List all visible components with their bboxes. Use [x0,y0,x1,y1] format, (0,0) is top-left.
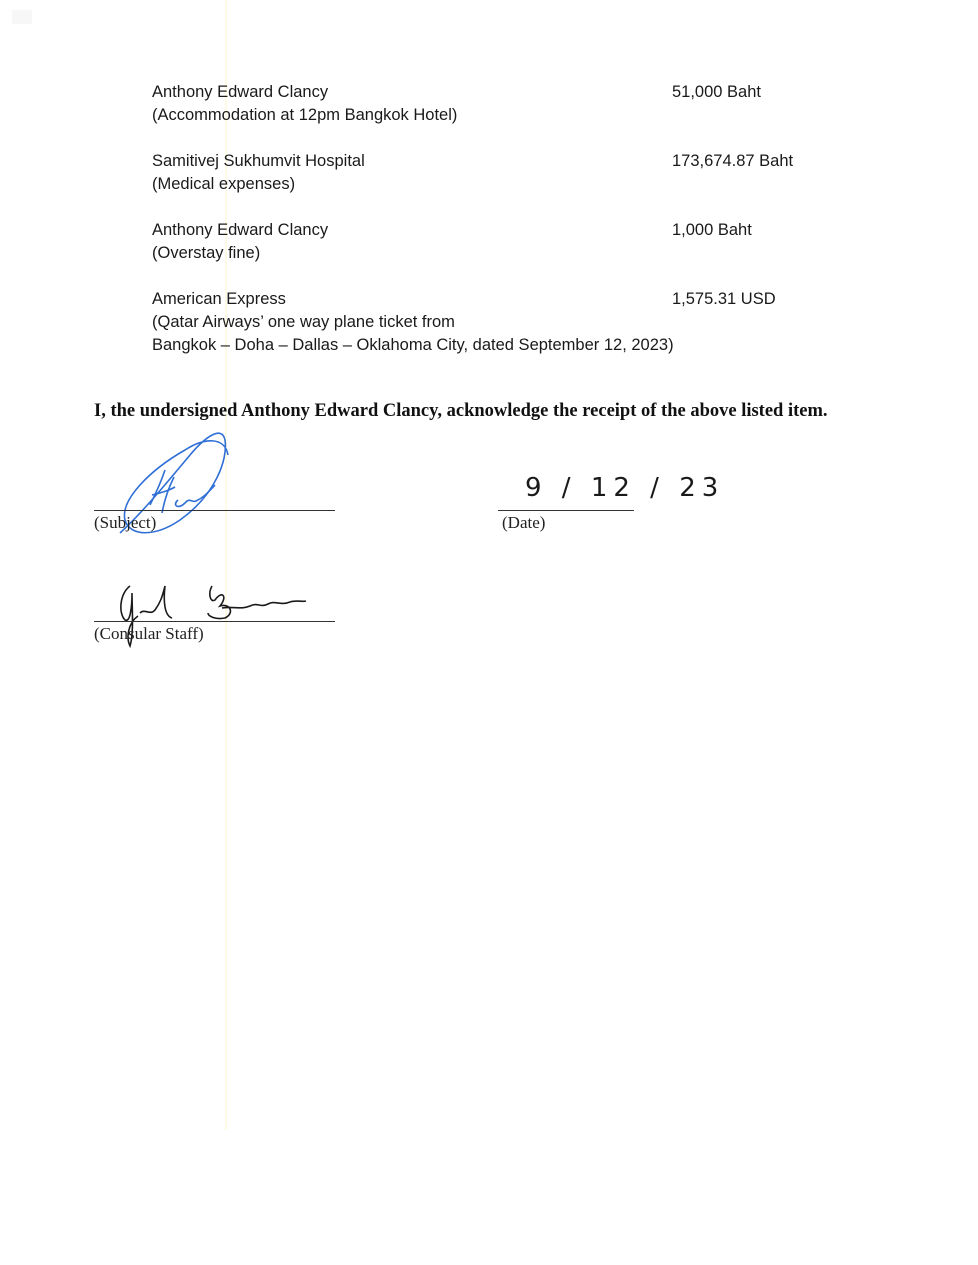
item-payee: Anthony Edward Clancy [152,219,328,242]
item-description: (Accommodation at 12pm Bangkok Hotel) [152,104,457,127]
item-description-continued: Bangkok – Doha – Dallas – Oklahoma City,… [152,334,674,357]
item-amount: 1,575.31 USD [672,288,776,311]
acknowledgement-statement: I, the undersigned Anthony Edward Clancy… [94,401,828,422]
item-description: (Qatar Airways’ one way plane ticket fro… [152,311,674,334]
consular-staff-label: (Consular Staff) [94,624,204,644]
item-description: (Medical expenses) [152,173,365,196]
subject-label: (Subject) [94,513,156,533]
item-amount: 51,000 Baht [672,81,761,104]
document-page: Anthony Edward Clancy (Accommodation at … [0,0,978,1265]
line-item: Anthony Edward Clancy (Overstay fine) [152,219,328,265]
item-amount: 173,674.87 Baht [672,150,793,173]
item-payee: Samitivej Sukhumvit Hospital [152,150,365,173]
consular-signature-line [94,621,335,622]
item-payee: American Express [152,288,674,311]
line-item: Anthony Edward Clancy (Accommodation at … [152,81,457,127]
line-item: Samitivej Sukhumvit Hospital (Medical ex… [152,150,365,196]
item-amount: 1,000 Baht [672,219,752,242]
subject-signature-line [94,510,335,511]
date-line [498,510,634,511]
handwritten-date: 9 / 12 / 23 [525,473,724,503]
scan-artifact [12,10,32,24]
date-label: (Date) [502,513,545,533]
item-payee: Anthony Edward Clancy [152,81,457,104]
line-item: American Express (Qatar Airways’ one way… [152,288,674,357]
item-description: (Overstay fine) [152,242,328,265]
